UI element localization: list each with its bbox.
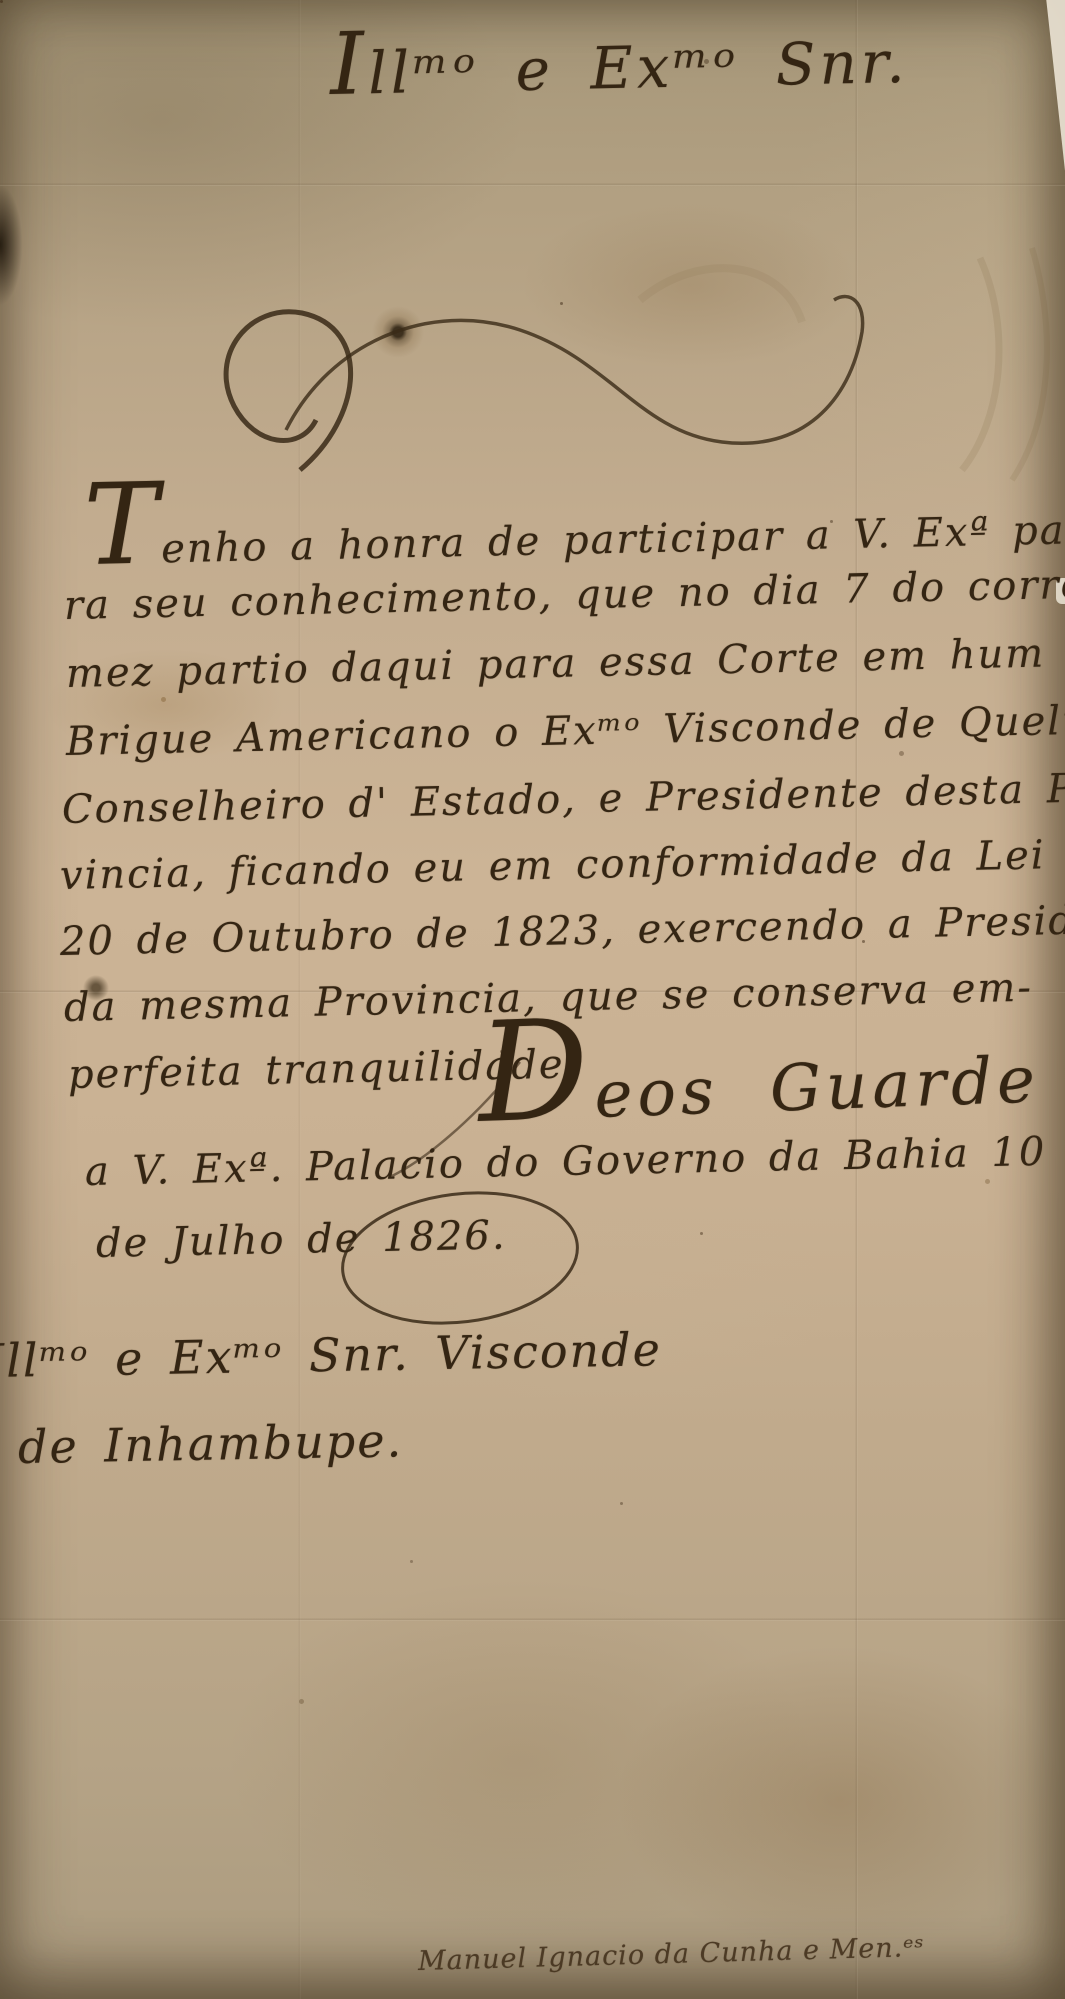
closing-line: de Julho de 1826. <box>96 1215 507 1264</box>
valediction: Deos Guarde <box>476 985 1042 1143</box>
ink-speckles <box>0 0 3 3</box>
scanned-letter: Illᵐᵒ e Exᵐᵒ Snr. Tenho a honra de parti… <box>0 0 1065 1999</box>
address-line: Illᵐᵒ e Exᵐᵒ Snr. Visconde <box>0 1326 662 1384</box>
fold-crease-horizontal <box>0 183 1065 186</box>
fold-crease-horizontal <box>0 1618 1065 1621</box>
address-line: de Inhambupe. <box>18 1417 404 1470</box>
salutation-line: Illᵐᵒ e Exᵐᵒ Snr. <box>329 10 909 108</box>
body-line: Tenho a honra de participar a V. Exª pa- <box>83 449 1065 582</box>
